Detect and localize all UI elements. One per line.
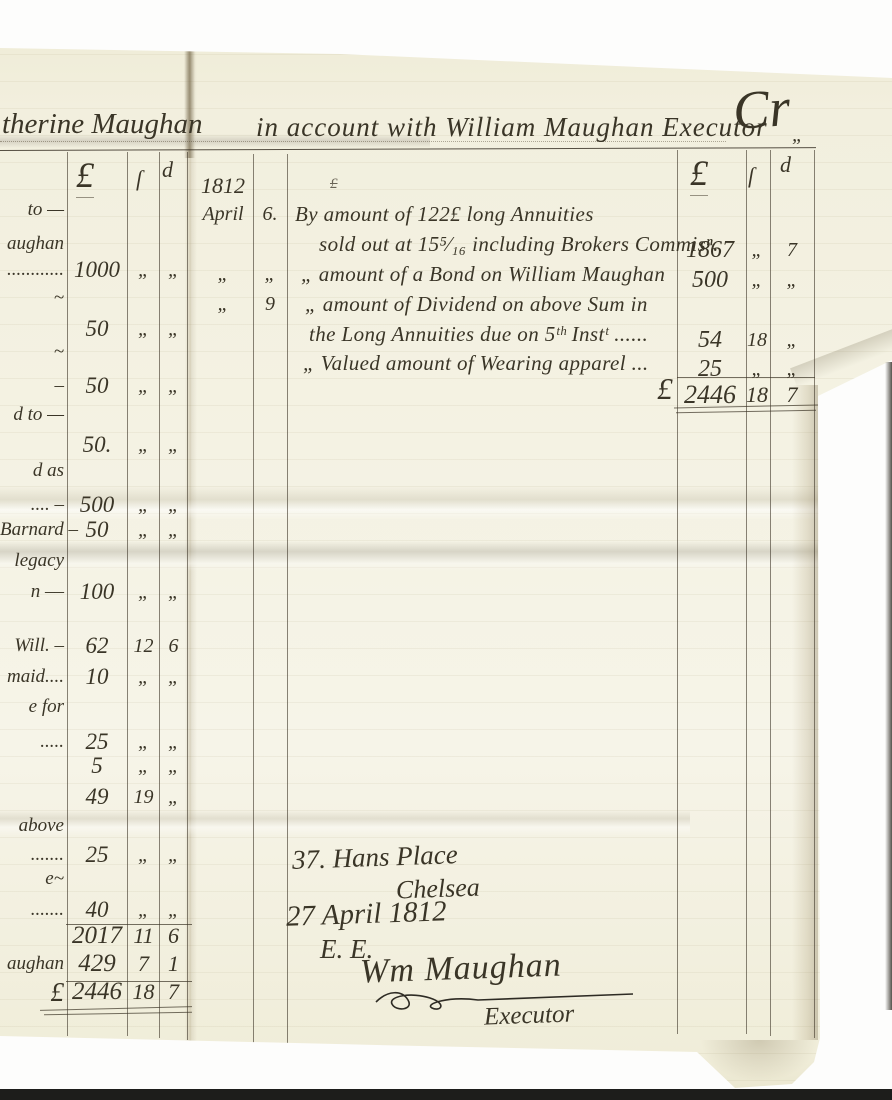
debit-row-text: d as <box>0 457 64 485</box>
debit-row: d to — <box>0 401 192 429</box>
debit-row-text: to — <box>0 196 64 224</box>
credit-abbreviation: Cr <box>731 76 792 142</box>
debit-row: legacy <box>0 547 192 575</box>
credit-entry-text: the Long Annuities due on 5ᵗʰ Instᵗ ....… <box>309 320 648 348</box>
debit-pence: „ <box>160 783 187 811</box>
scanned-ledger-page: therine Maughan in account with William … <box>0 0 892 1100</box>
debit-row-text: Barnard – <box>0 516 64 544</box>
debit-row: above <box>0 812 192 840</box>
debit-row: 5„„ <box>0 752 192 780</box>
debit-pounds: 50. <box>67 431 127 459</box>
credit-entry-text: „ amount of Dividend on above Sum in <box>305 290 648 318</box>
debit-row-text: n –– <box>0 578 64 606</box>
credit-date: „ <box>193 260 253 288</box>
credit-row: sold out at 15⁵⁄₁₆ including Brokers Com… <box>193 230 825 258</box>
debit-row-text: £ <box>0 978 64 1006</box>
debit-shillings: 12 <box>128 632 159 660</box>
debit-pounds: 2017 <box>67 922 127 950</box>
debit-pence: 6 <box>160 632 187 660</box>
credit-row: „9„ amount of Dividend on above Sum in <box>193 290 825 318</box>
debit-row: ~ <box>0 284 192 312</box>
debit-row-text: .... – <box>0 491 64 519</box>
debit-shillings: 11 <box>128 922 159 950</box>
credit-entry-text: „ amount of a Bond on William Maughan <box>301 260 665 288</box>
address-line-1: 37. Hans Place <box>292 839 459 876</box>
debit-pounds: 5 <box>67 752 127 780</box>
debit-pounds: 2446 <box>67 978 127 1006</box>
credit-day: 6. <box>255 200 285 228</box>
debit-row: 50.„„ <box>0 431 192 459</box>
debit-shillings: 19 <box>128 783 159 811</box>
credit-abbreviation-mark: „ <box>792 124 803 147</box>
debit-row: ~ <box>0 338 192 366</box>
debit-row-text: Will. – <box>0 632 64 660</box>
debit-row: Will. –62126 <box>0 632 192 660</box>
debit-shillings-header: ſ <box>136 166 142 192</box>
debit-row: aughan42971 <box>0 950 192 978</box>
debit-shillings: 7 <box>128 950 159 978</box>
credit-date: „ <box>193 290 253 318</box>
credit-date: 1812 <box>193 172 253 200</box>
debit-row-text: e for <box>0 693 64 721</box>
debit-pence: 1 <box>160 950 187 978</box>
debit-row: – 50„„ <box>0 372 192 400</box>
account-title-fragment: therine Maughan <box>2 108 203 141</box>
debit-row: 4919„ <box>0 783 192 811</box>
debit-pence: „ <box>160 663 187 691</box>
paper-sheet: therine Maughan in account with William … <box>0 0 892 1100</box>
debit-shillings: „ <box>128 372 159 400</box>
credit-pence: 7 <box>771 381 813 409</box>
debit-pence: 6 <box>160 922 187 950</box>
credit-entry-text: „ Valued amount of Wearing apparel ... <box>303 349 649 377</box>
debit-row-text: aughan <box>0 230 64 258</box>
debit-row: e~ <box>0 865 192 893</box>
debit-shillings: „ <box>128 256 159 284</box>
credit-row: April6.By amount of 122£ long Annuities <box>193 200 825 228</box>
credit-pounds: 2446 <box>677 381 743 409</box>
credit-row: £2446187 <box>193 375 825 403</box>
debit-pence: „ <box>160 372 187 400</box>
debit-pence: „ <box>160 256 187 284</box>
debit-row-text: maid.... <box>0 663 64 691</box>
debit-row: n ––100„„ <box>0 578 192 606</box>
account-title: in account with William Maughan Executor <box>256 112 768 143</box>
credit-row: 1812 <box>193 172 825 200</box>
debit-pence: „ <box>160 431 187 459</box>
debit-pence: „ <box>160 752 187 780</box>
credit-entry-text: By amount of 122£ long Annuities <box>295 200 594 228</box>
debit-row-text: ....... <box>0 896 64 924</box>
debit-pounds: 500 <box>67 491 127 519</box>
debit-shillings: „ <box>128 516 159 544</box>
debit-pounds: 40 <box>67 896 127 924</box>
scan-right-shadow <box>885 362 892 1010</box>
debit-row-text: ............ <box>0 256 64 284</box>
debit-pounds: 1000 <box>67 256 127 284</box>
debit-pounds-header: £ <box>76 154 94 198</box>
debit-row: ............1000„„ <box>0 256 192 284</box>
debit-pounds: 49 <box>67 783 127 811</box>
debit-pounds: 100 <box>67 578 127 606</box>
debit-pounds: 429 <box>67 950 127 978</box>
scan-bottom-band <box>0 1089 892 1100</box>
debit-row: to — <box>0 196 192 224</box>
debit-pounds: 50 <box>67 372 127 400</box>
debit-row-text: ~ <box>0 284 64 312</box>
torn-corner-shading <box>700 1040 818 1082</box>
debit-pounds: 62 <box>67 632 127 660</box>
table-top-rule <box>0 147 816 151</box>
debit-pounds: 50 <box>67 516 127 544</box>
debit-row: 2017116 <box>0 922 192 950</box>
signature: Wm Maughan <box>359 946 562 991</box>
debit-pence: 7 <box>160 978 187 1006</box>
debit-shillings: „ <box>128 896 159 924</box>
attestation-date: 27 April 1812 <box>285 895 447 934</box>
debit-shillings: „ <box>128 578 159 606</box>
debit-row-text: e~ <box>0 865 64 893</box>
debit-pounds: 10 <box>67 663 127 691</box>
debit-pence: „ <box>160 491 187 519</box>
credit-shillings: 18 <box>744 381 770 409</box>
credit-day: 9 <box>255 290 285 318</box>
credit-entry-text: sold out at 15⁵⁄₁₆ including Brokers Com… <box>319 230 719 258</box>
debit-shillings: „ <box>128 431 159 459</box>
debit-pence: „ <box>160 896 187 924</box>
debit-pence-header: d <box>162 157 173 183</box>
debit-row-text: d to — <box>0 401 64 429</box>
debit-row-text: above <box>0 812 64 840</box>
credit-entry-text: £ <box>295 375 673 403</box>
debit-row: £2446187 <box>0 978 192 1006</box>
debit-row-text: – <box>0 372 64 400</box>
credit-day: „ <box>255 260 285 288</box>
credit-row: „ Valued amount of Wearing apparel ...25… <box>193 349 825 377</box>
credit-date: April <box>193 200 253 228</box>
debit-shillings: „ <box>128 491 159 519</box>
debit-row-text: aughan <box>0 950 64 978</box>
debit-row: Barnard –50„„ <box>0 516 192 544</box>
credit-row: „„„ amount of a Bond on William Maughan5… <box>193 260 825 288</box>
debit-row: .......40„„ <box>0 896 192 924</box>
debit-shillings: „ <box>128 752 159 780</box>
debit-row: maid....10„„ <box>0 663 192 691</box>
debit-row: .... –500„„ <box>0 491 192 519</box>
debit-shillings: 18 <box>128 978 159 1006</box>
debit-row-text: legacy <box>0 547 64 575</box>
debit-pence: „ <box>160 578 187 606</box>
debit-shillings: „ <box>128 663 159 691</box>
signature-role: Executor <box>484 1000 575 1031</box>
debit-row: e for <box>0 693 192 721</box>
debit-row: d as <box>0 457 192 485</box>
debit-row-text: ~ <box>0 338 64 366</box>
debit-pence: „ <box>160 516 187 544</box>
debit-row: aughan <box>0 230 192 258</box>
credit-row: the Long Annuities due on 5ᵗʰ Instᵗ ....… <box>193 320 825 348</box>
